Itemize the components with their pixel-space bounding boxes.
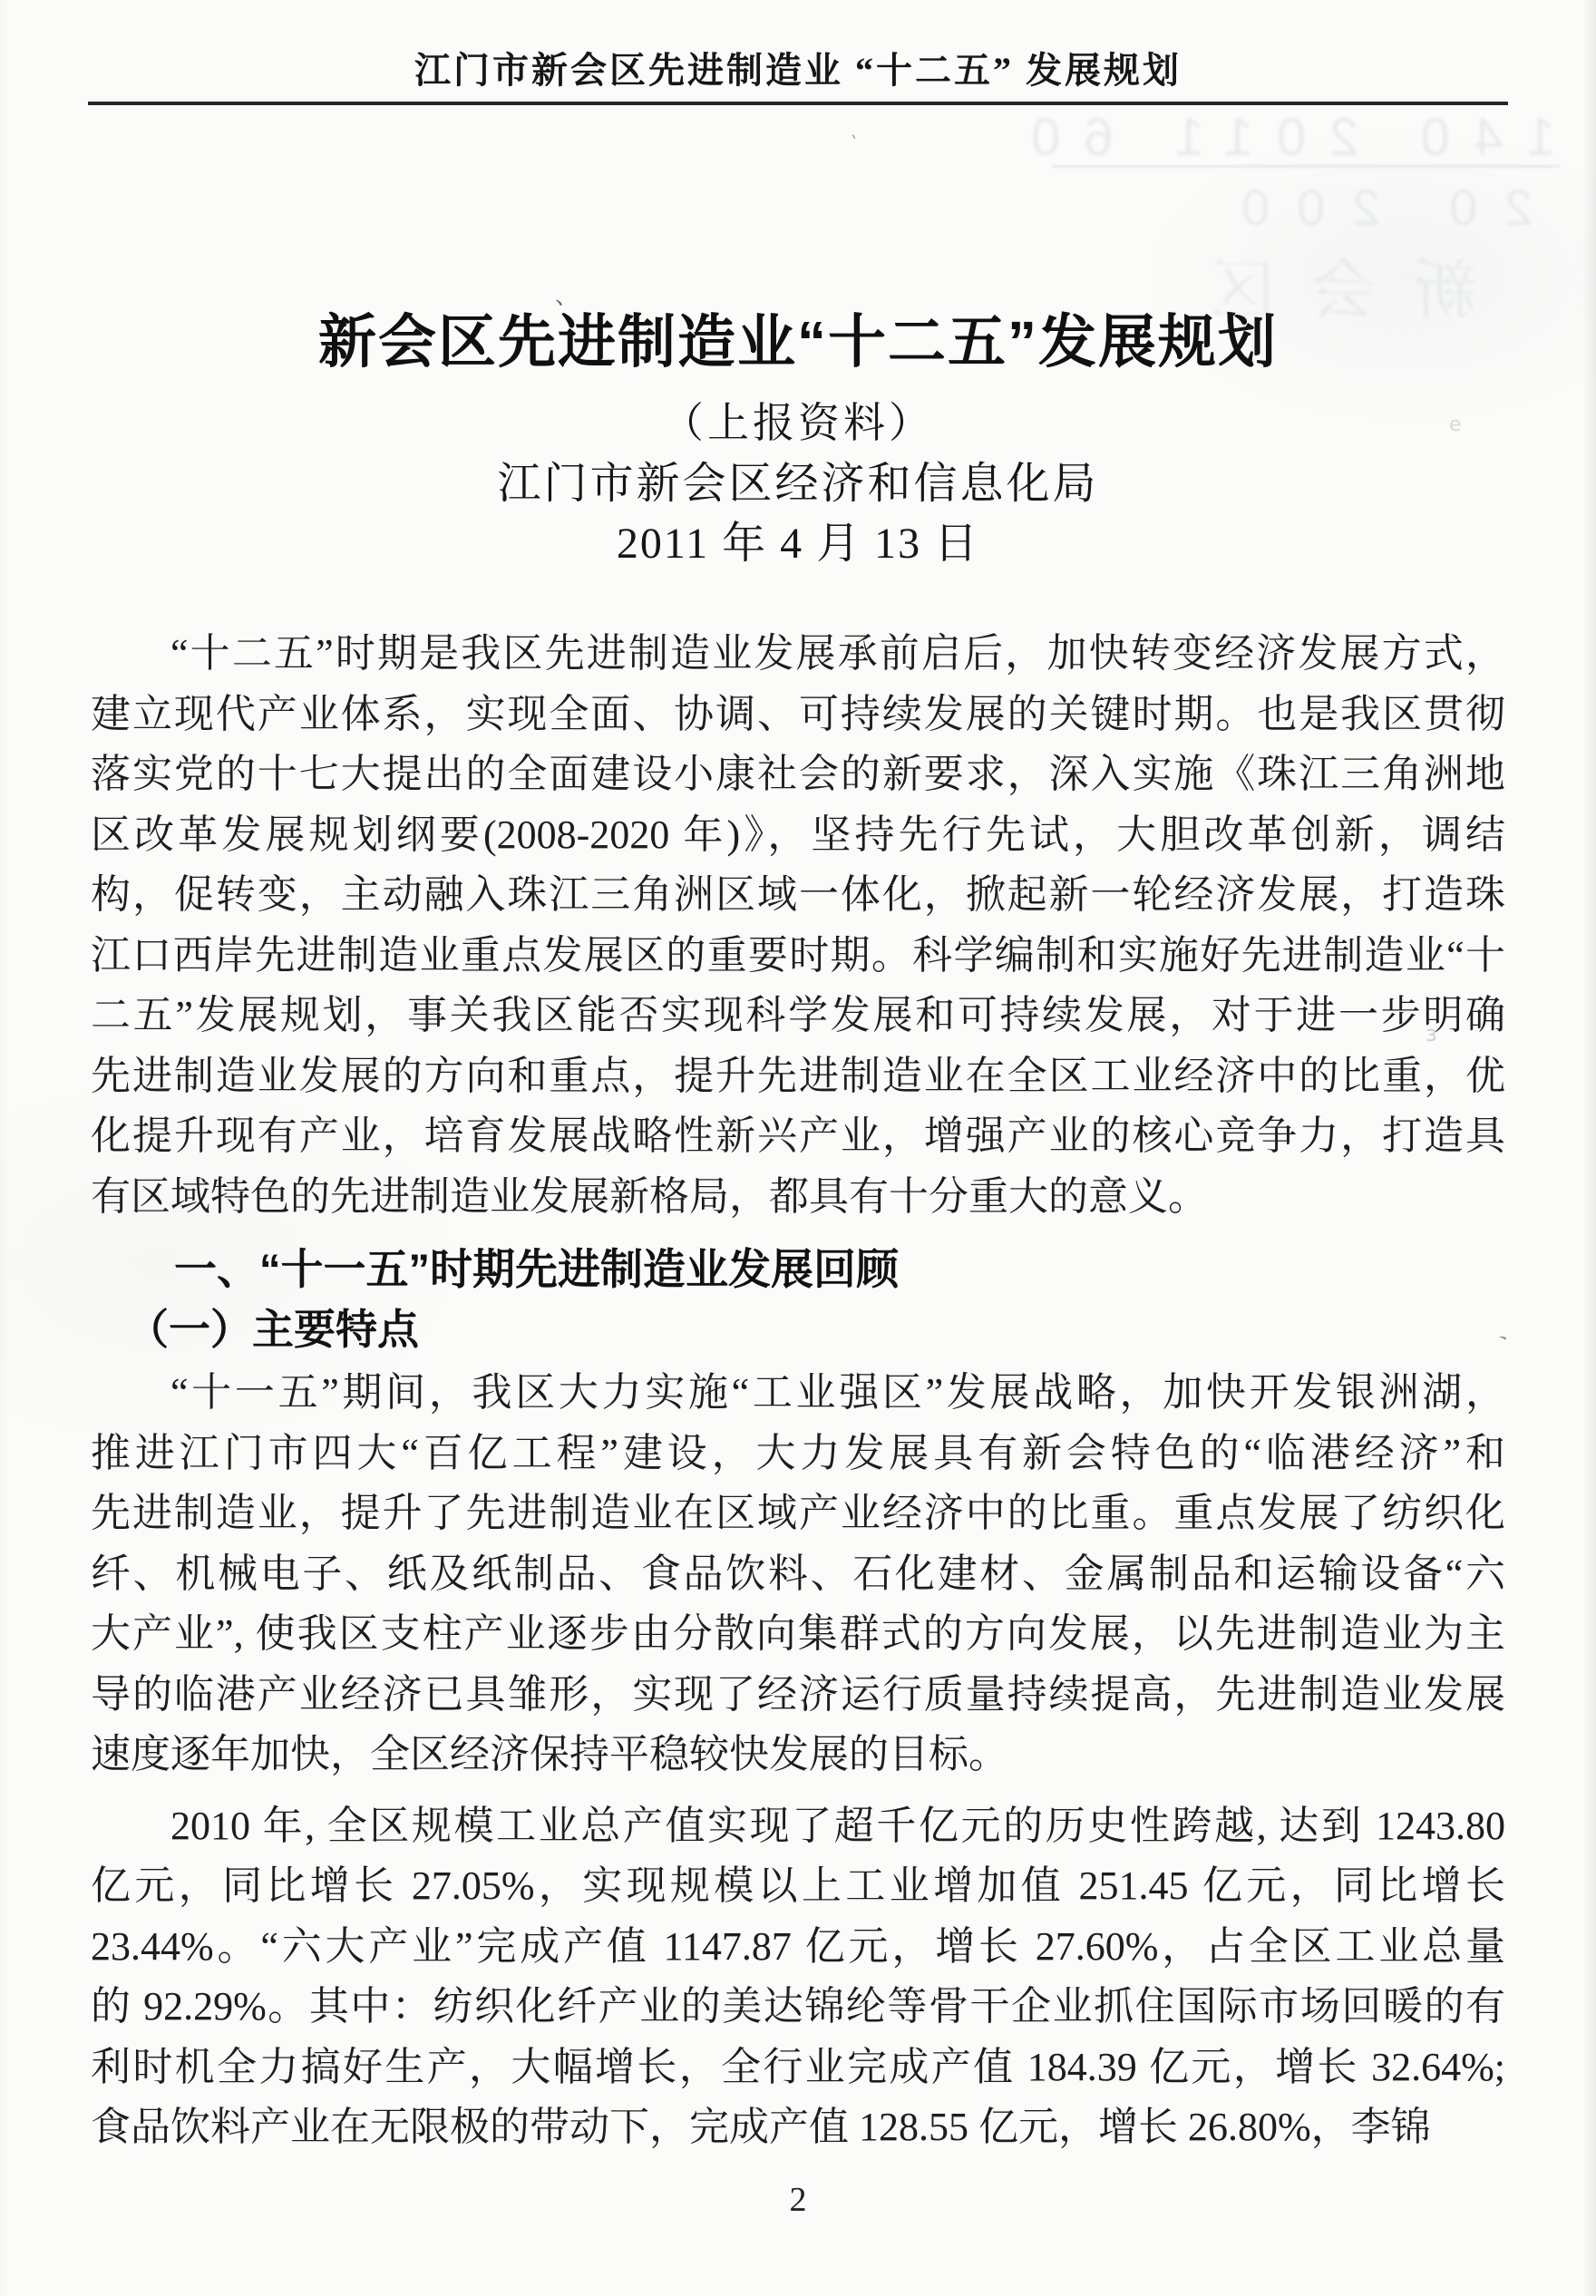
text-line: “十一五”期间，我区大力实施“工业强区”发展战略，加快开发银洲湖， (91, 1363, 1505, 1424)
running-header-title: 江门市新会区先进制造业 “十二五” 发展规划 (0, 42, 1596, 93)
paragraph-eleventh-five-review: “十一五”期间，我区大力实施“工业强区”发展战略，加快开发银洲湖，推进江门市四大… (91, 1363, 1505, 1785)
text-line: 有区域特色的先进制造业发展新格局，都具有十分重大的意义。 (91, 1167, 1505, 1228)
text-line: 先进制造业，提升了先进制造业在区域产业经济中的比重。重点发展了纺织化 (91, 1484, 1505, 1544)
document-subtitle: （上报资料） (0, 390, 1596, 450)
text-line: 推进江门市四大“百亿工程”建设，大力发展具有新会特色的“临港经济”和 (91, 1424, 1505, 1484)
header-rule (88, 102, 1508, 105)
paragraph-intro: “十二五”时期是我区先进制造业发展承前启后，加快转变经济发展方式，建立现代产业体… (91, 624, 1505, 1227)
bleed-through-ghost-line (1052, 165, 1560, 168)
text-line: 大产业”, 使我区支柱产业逐步由分散向集群式的方向发展，以先进制造业为主 (91, 1604, 1505, 1665)
scanned-document-page: 140 2011 60 20 200 新会区 江门市新会区先进制造业 “十二五”… (0, 0, 1596, 2296)
paragraph-2010-statistics: 2010 年, 全区规模工业总产值实现了超千亿元的历史性跨越, 达到 1243.… (91, 1796, 1505, 2158)
text-line: 构，促转变，主动融入珠江三角洲区域一体化，掀起新一轮经济发展，打造珠 (91, 865, 1505, 926)
text-line: 速度逐年加快，全区经济保持平稳较快发展的目标。 (91, 1725, 1505, 1785)
document-body: “十二五”时期是我区先进制造业发展承前启后，加快转变经济发展方式，建立现代产业体… (91, 624, 1505, 2158)
document-title: 新会区先进制造业“十二五”发展规划 (0, 296, 1596, 379)
text-line: 江口西岸先进制造业重点发展区的重要时期。科学编制和实施好先进制造业“十 (91, 926, 1505, 987)
text-line: 先进制造业发展的方向和重点，提升先进制造业在全区工业经济中的比重，优 (91, 1046, 1505, 1107)
text-line: 建立现代产业体系，实现全面、协调、可持续发展的关键时期。也是我区贯彻 (91, 685, 1505, 745)
text-line: 区改革发展规划纲要(2008-2020 年)》，坚持先行先试，大胆改革创新，调结 (91, 805, 1505, 866)
bleed-through-ghost-numbers-row2: 20 200 (1214, 178, 1533, 237)
text-line: 落实党的十七大提出的全面建设小康社会的新要求，深入实施《珠江三角洲地 (91, 744, 1505, 805)
text-line: 食品饮料产业在无限极的带动下，完成产值 128.55 亿元，增长 26.80%，… (91, 2097, 1505, 2158)
text-line: 利时机全力搞好生产，大幅增长，全行业完成产值 184.39 亿元，增长 32.6… (91, 2038, 1505, 2098)
text-line: 二五”发展规划，事关我区能否实现科学发展和可持续发展，对于进一步明确 (91, 986, 1505, 1046)
page-number: 2 (0, 2180, 1596, 2220)
text-line: 亿元，同比增长 27.05%，实现规模以上工业增加值 251.45 亿元，同比增… (91, 1856, 1505, 1917)
scan-speck: ` (847, 131, 861, 155)
bleed-through-ghost-numbers-row1: 140 2011 60 (1007, 107, 1555, 168)
issuing-organization: 江门市新会区经济和信息化局 (0, 448, 1596, 511)
text-line: 23.44%。“六大产业”完成产值 1147.87 亿元，增长 27.60%，占… (91, 1917, 1505, 1978)
text-line: 导的临港产业经济已具雏形，实现了经济运行质量持续提高，先进制造业发展 (91, 1665, 1505, 1726)
text-line: 2010 年, 全区规模工业总产值实现了超千亿元的历史性跨越, 达到 1243.… (91, 1796, 1505, 1857)
section-heading-1: 一、“十一五”时期先进制造业发展回顾 (91, 1240, 1505, 1299)
text-line: 的 92.29%。其中：纺织化纤产业的美达锦纶等骨干企业抓住国际市场回暖的有 (91, 1977, 1505, 2038)
text-line: 化提升现有产业，培育发展战略性新兴产业，增强产业的核心竞争力，打造具 (91, 1106, 1505, 1167)
text-line: “十二五”时期是我区先进制造业发展承前启后，加快转变经济发展方式， (91, 624, 1505, 685)
document-date: 2011 年 4 月 13 日 (0, 508, 1596, 570)
text-line: 纤、机械电子、纸及纸制品、食品饮料、石化建材、金属制品和运输设备“六 (91, 1544, 1505, 1605)
subsection-heading-1: （一）主要特点 (91, 1299, 1505, 1359)
